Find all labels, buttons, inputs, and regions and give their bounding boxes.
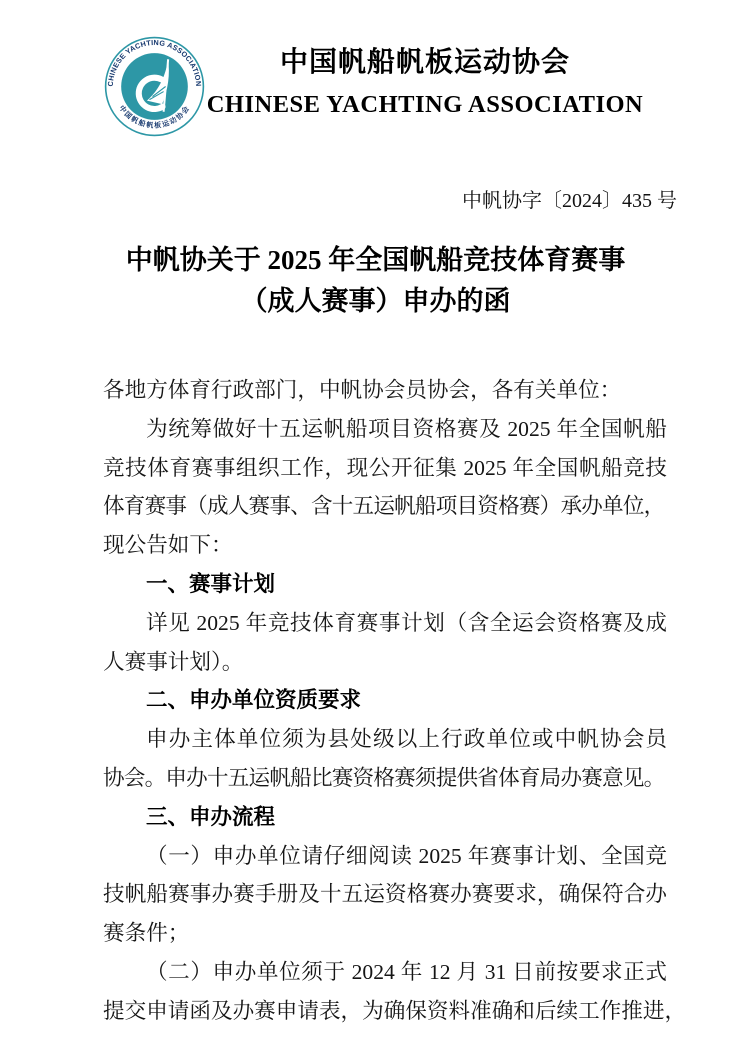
section-heading: 一、赛事计划 xyxy=(103,565,667,604)
doc-title-line1: 中帆协关于 2025 年全国帆船竞技体育赛事 xyxy=(0,240,751,281)
org-name-en: CHINESE YACHTING ASSOCIATION xyxy=(175,90,675,120)
doc-title-line2: （成人赛事）申办的函 xyxy=(0,281,751,322)
body-line: （一）申办单位请仔细阅读 2025 年赛事计划、全国竞 xyxy=(103,837,667,876)
salutation-line: 各地方体育行政部门，中帆协会员协会，各有关单位： xyxy=(103,371,667,410)
body-line: 申办主体单位须为县处级以上行政单位或中帆协会员 xyxy=(103,720,667,759)
doc-title: 中帆协关于 2025 年全国帆船竞技体育赛事 （成人赛事）申办的函 xyxy=(0,240,751,322)
body-line: 协会。申办十五运帆船比赛资格赛须提供省体育局办赛意见。 xyxy=(103,759,667,798)
body-line: 详见 2025 年竞技体育赛事计划（含全运会资格赛及成 xyxy=(103,604,667,643)
org-name-zh: 中国帆船帆板运动协会 xyxy=(205,46,645,80)
body-line: 技帆船赛事办赛手册及十五运资格赛办赛要求，确保符合办 xyxy=(103,875,667,914)
body-line: 现公告如下： xyxy=(103,526,667,565)
section-heading: 三、申办流程 xyxy=(103,798,667,837)
doc-number: 中帆协字〔2024〕435 号 xyxy=(462,184,677,213)
body-line: 竞技体育赛事组织工作，现公开征集 2025 年全国帆船竞技 xyxy=(103,449,667,488)
body-line: 提交申请函及办赛申请表，为确保资料准确和后续工作推进， xyxy=(103,992,667,1031)
doc-body: 各地方体育行政部门，中帆协会员协会，各有关单位： 为统筹做好十五运帆船项目资格赛… xyxy=(103,371,667,1031)
body-line: 赛条件； xyxy=(103,914,667,953)
body-line: （二）申办单位须于 2024 年 12 月 31 日前按要求正式 xyxy=(103,953,667,992)
cya-logo-icon: CHINESE YACHTING ASSOCIATION 中国帆船帆板运动协会 xyxy=(104,36,205,137)
document-page: CHINESE YACHTING ASSOCIATION 中国帆船帆板运动协会 … xyxy=(0,0,751,1063)
body-line: 为统筹做好十五运帆船项目资格赛及 2025 年全国帆船 xyxy=(103,410,667,449)
body-line: 体育赛事（成人赛事、含十五运帆船项目资格赛）承办单位， xyxy=(103,487,667,526)
body-line: 人赛事计划）。 xyxy=(103,643,667,682)
section-heading: 二、申办单位资质要求 xyxy=(103,681,667,720)
